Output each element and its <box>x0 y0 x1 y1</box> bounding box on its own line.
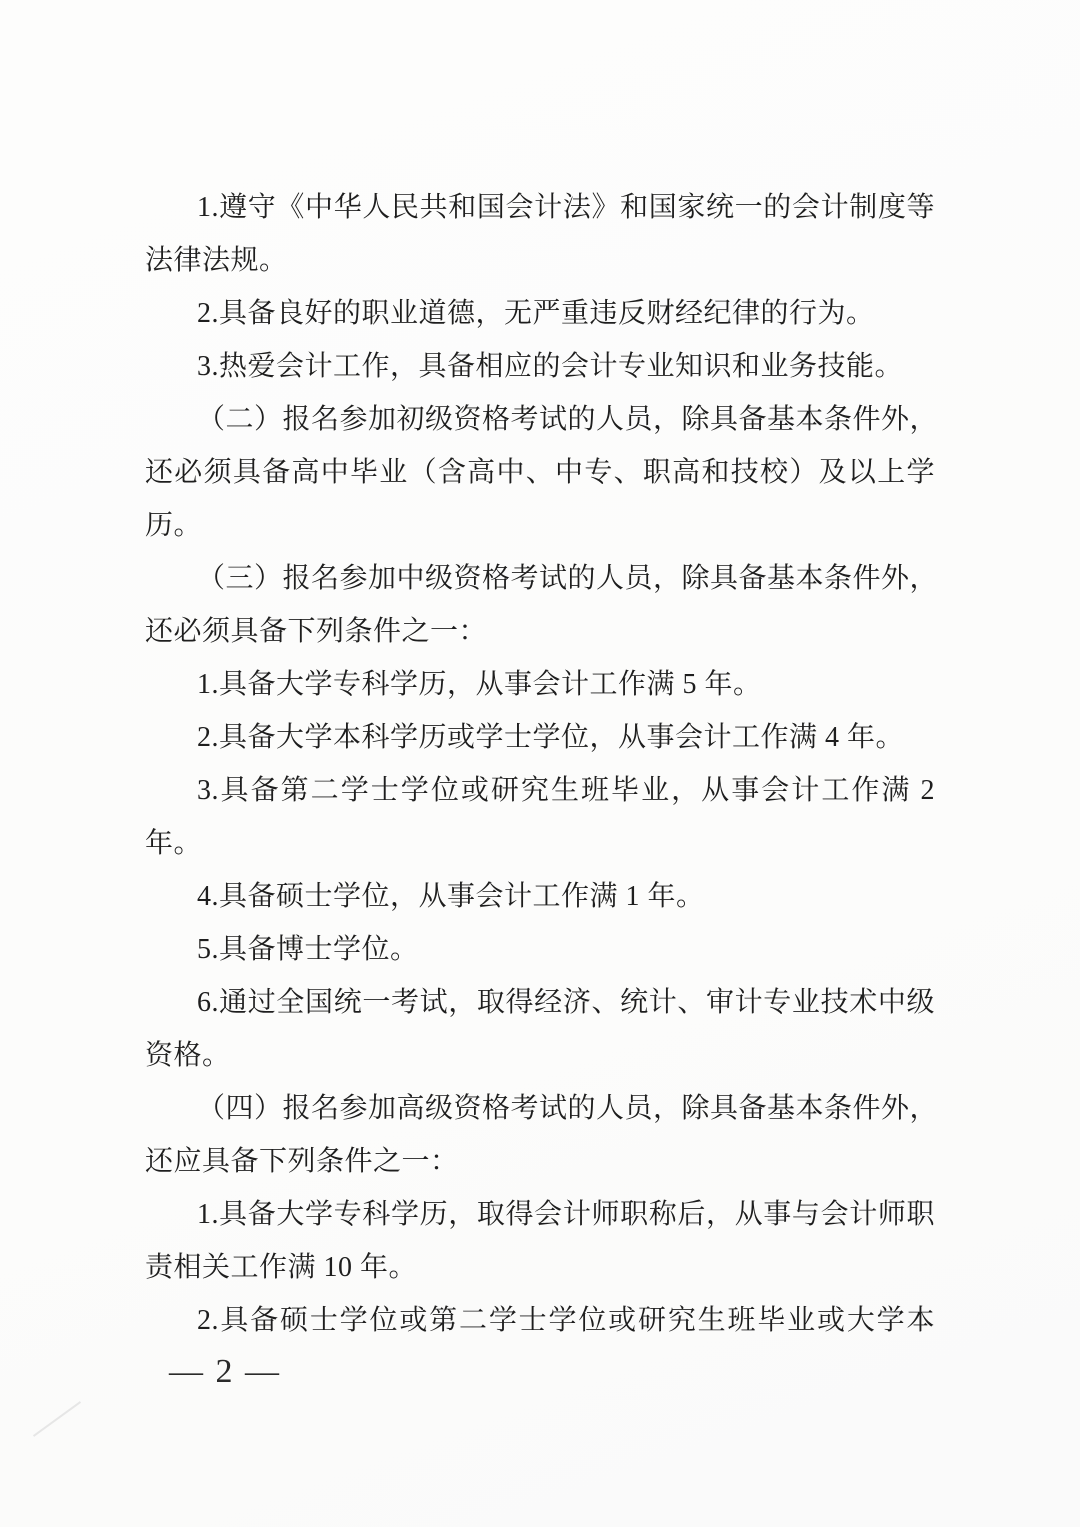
document-line: 还应具备下列条件之一： <box>145 1135 935 1188</box>
document-page: 1.遵守《中华人民共和国会计法》和国家统一的会计制度等法律法规。2.具备良好的职… <box>0 0 1080 1527</box>
document-line: 4.具备硕士学位，从事会计工作满 1 年。 <box>145 870 935 923</box>
document-line: 5.具备博士学位。 <box>145 923 935 976</box>
document-line: 历。 <box>145 499 935 552</box>
document-body: 1.遵守《中华人民共和国会计法》和国家统一的会计制度等法律法规。2.具备良好的职… <box>145 181 935 1347</box>
document-line: 法律法规。 <box>145 234 935 287</box>
document-line: 责相关工作满 10 年。 <box>145 1241 935 1294</box>
document-line: 3.具备第二学士学位或研究生班毕业，从事会计工作满 2 <box>145 764 935 817</box>
document-line: 资格。 <box>145 1029 935 1082</box>
page-number: — 2 — <box>169 1353 281 1391</box>
document-line: 2.具备良好的职业道德，无严重违反财经纪律的行为。 <box>145 287 935 340</box>
document-line: 1.具备大学专科学历，从事会计工作满 5 年。 <box>145 658 935 711</box>
document-line: 年。 <box>145 817 935 870</box>
document-line: 还必须具备下列条件之一： <box>145 605 935 658</box>
document-line: 2.具备大学本科学历或学士学位，从事会计工作满 4 年。 <box>145 711 935 764</box>
document-line: 1.遵守《中华人民共和国会计法》和国家统一的会计制度等 <box>145 181 935 234</box>
document-line: 2.具备硕士学位或第二学士学位或研究生班毕业或大学本 <box>145 1294 935 1347</box>
document-line: 1.具备大学专科学历，取得会计师职称后，从事与会计师职 <box>145 1188 935 1241</box>
document-line: 6.通过全国统一考试，取得经济、统计、审计专业技术中级 <box>145 976 935 1029</box>
document-line: （二）报名参加初级资格考试的人员，除具备基本条件外， <box>145 393 935 446</box>
document-line: （三）报名参加中级资格考试的人员，除具备基本条件外， <box>145 552 935 605</box>
document-line: （四）报名参加高级资格考试的人员，除具备基本条件外， <box>145 1082 935 1135</box>
document-line: 3.热爱会计工作，具备相应的会计专业知识和业务技能。 <box>145 340 935 393</box>
scan-artifact <box>33 1401 81 1437</box>
document-line: 还必须具备高中毕业（含高中、中专、职高和技校）及以上学 <box>145 446 935 499</box>
